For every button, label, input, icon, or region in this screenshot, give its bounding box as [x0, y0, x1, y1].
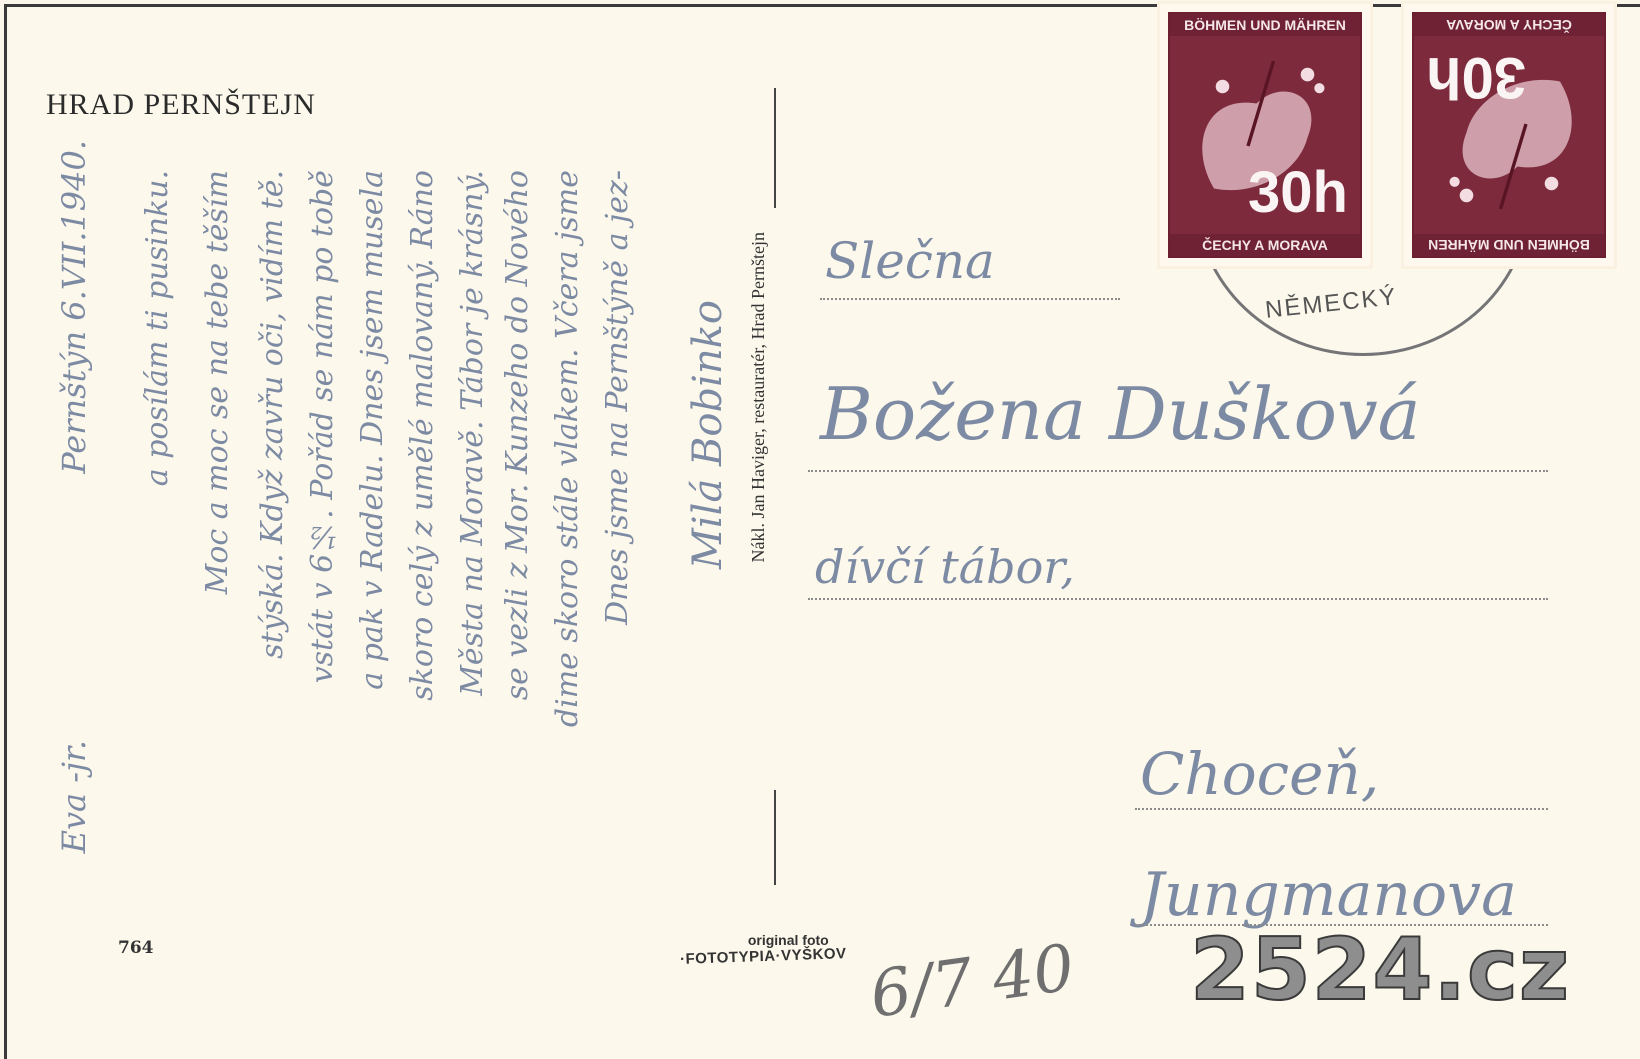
message-greeting: Milá Bobinko [685, 300, 731, 569]
message-line: Dnes jsme na Pernštýně a jez- [600, 170, 635, 625]
message-line: a posílám ti pusinku. [140, 170, 175, 486]
divider-bottom [774, 790, 776, 885]
message-date: Pernštýn 6.VII.1940. [55, 140, 93, 474]
address-line2-text: dívčí tábor, [815, 540, 1075, 594]
message-line: Města na Moravě. Tábor je krásný. [455, 170, 490, 696]
message-line: vstát v 6½. Pořád se nám po tobě [305, 170, 340, 683]
divider-top [774, 88, 776, 208]
message-line: dime skoro stále vlakem. Včera jsme [550, 170, 585, 727]
address-line-4 [1135, 808, 1548, 810]
postage-stamp: BÖHMEN UND MÄHREN30hČECHY A MORAVA [1160, 4, 1370, 266]
address-salutation: Slečna [825, 232, 995, 290]
stamp-top-text: BÖHMEN UND MÄHREN [1414, 234, 1604, 256]
card-number: 764 [118, 938, 154, 958]
photo-credit: original foto ·FOTOTYPIA·VYŠKOV [680, 932, 847, 965]
signature: Eva -jr. [55, 740, 93, 853]
message-line: stýská. Když zavřu oči, vidím tě. [255, 170, 290, 659]
address-line-3 [808, 598, 1548, 600]
postage-stamp: BÖHMEN UND MÄHREN30hČECHY A MORAVA [1404, 4, 1614, 266]
address-name: Božena Dušková [820, 372, 1421, 456]
address-line-1 [820, 298, 1120, 300]
stamp-top-text: BÖHMEN UND MÄHREN [1170, 14, 1360, 36]
address-city: Choceň, [1140, 740, 1379, 808]
message-line: se vezli z Mor. Kunzeho do Nového [500, 170, 535, 700]
stamp-value: 30h [1248, 164, 1348, 222]
publisher-line: Nákl. Jan Haviger, restauratér, Hrad Per… [748, 232, 769, 562]
watermark: 2524.cz [1190, 920, 1570, 1020]
message-line: skoro celý z umělé malovaný. Ráno [405, 170, 440, 701]
photo-credit-line2: ·FOTOTYPIA·VYŠKOV [680, 945, 847, 968]
message-line: Moc a moc se na tebe těším [200, 170, 235, 594]
message-line: a pak v Radelu. Dnes jsem musela [355, 170, 390, 690]
stamp-bottom-text: ČECHY A MORAVA [1170, 234, 1360, 256]
address-line-2 [808, 470, 1548, 472]
stamp-bottom-text: ČECHY A MORAVA [1414, 14, 1604, 36]
stamp-value: 30h [1426, 48, 1526, 106]
card-title: HRAD PERNŠTEJN [46, 88, 316, 122]
